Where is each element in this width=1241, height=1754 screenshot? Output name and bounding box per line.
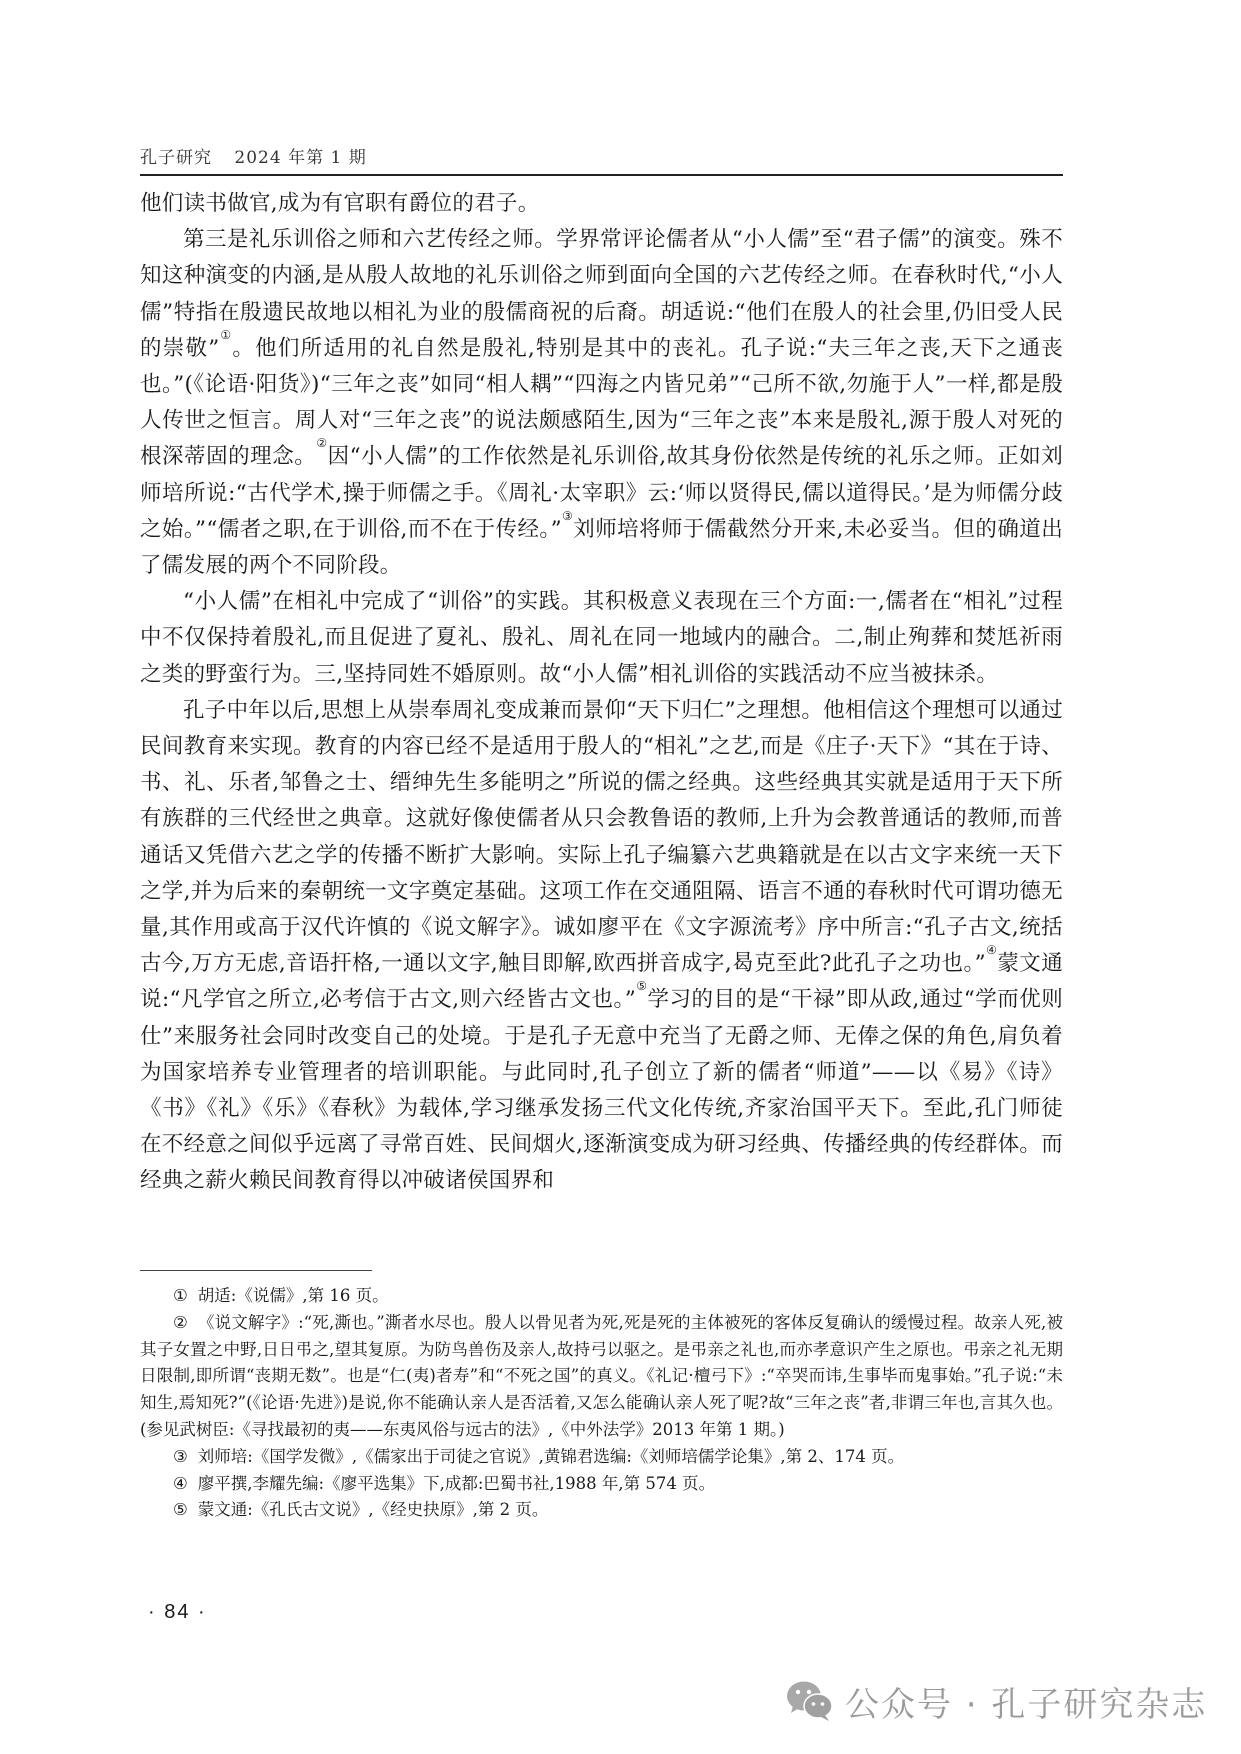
footnote-reference[interactable]: ① [220, 328, 233, 342]
body-paragraph: 他们读书做官,成为有官职有爵位的君子。 [140, 186, 1063, 222]
running-header: 孔子研究 2024 年第 1 期 [140, 146, 1063, 176]
footnote-reference[interactable]: ⑤ [636, 979, 647, 993]
issue-label: 2024 年第 1 期 [234, 148, 366, 168]
footnotes: ①胡适:《说儒》,第 16 页。②《说文解字》:“死,澌也。”澌者水尽也。殷人以… [140, 1283, 1063, 1524]
body-text-run: “小人儒”在相礼中完成了“训俗”的实践。其积极意义表现在三个方面:一,儒者在“相… [140, 589, 1063, 686]
footnote-separator [140, 1270, 372, 1271]
footnote-reference[interactable]: ③ [562, 509, 573, 523]
body-paragraph: 孔子中年以后,思想上从崇奉周礼变成兼而景仰“天下归仁”之理想。他相信这个理想可以… [140, 693, 1063, 1200]
footnote-item: ⑤蒙文通:《孔氏古文说》,《经史抉原》,第 2 页。 [140, 1497, 1063, 1524]
footnote-text: 廖平撰,李耀先编:《廖平选集》下,成都:巴蜀书社,1988 年,第 574 页。 [198, 1474, 715, 1493]
footnote-reference[interactable]: ② [316, 436, 327, 450]
body-text-run: 学习的目的是“干禄”即从政,通过“学而优则仕”来服务社会同时改变自己的处境。于是… [140, 987, 1063, 1193]
footnote-item: ①胡适:《说儒》,第 16 页。 [140, 1283, 1063, 1310]
footnote-reference[interactable]: ④ [986, 943, 997, 957]
body-text-run: 他们读书做官,成为有官职有爵位的君子。 [140, 191, 540, 216]
watermark-text: 公众号 · 孔子研究杂志 [845, 1677, 1207, 1726]
footnote-marker: ⑤ [173, 1497, 188, 1524]
footnote-marker: ③ [173, 1444, 188, 1471]
footnote-text: 蒙文通:《孔氏古文说》,《经史抉原》,第 2 页。 [198, 1500, 549, 1519]
article-body: 他们读书做官,成为有官职有爵位的君子。第三是礼乐训俗之师和六艺传经之师。学界常评… [140, 186, 1063, 1200]
footnote-text: 《说文解字》:“死,澌也。”澌者水尽也。殷人以骨见者为死,死是死的主体被死的客体… [140, 1313, 1063, 1439]
wechat-icon [785, 1679, 835, 1723]
footnote-marker: ① [173, 1283, 188, 1310]
page-number: · 84 · [148, 1600, 207, 1624]
journal-title: 孔子研究 [140, 148, 212, 168]
footnote-text: 胡适:《说儒》,第 16 页。 [198, 1286, 389, 1305]
body-paragraph: 第三是礼乐训俗之师和六艺传经之师。学界常评论儒者从“小人儒”至“君子儒”的演变。… [140, 222, 1063, 584]
body-paragraph: “小人儒”在相礼中完成了“训俗”的实践。其积极意义表现在三个方面:一,儒者在“相… [140, 584, 1063, 693]
body-text-run: 孔子中年以后,思想上从崇奉周礼变成兼而景仰“天下归仁”之理想。他相信这个理想可以… [140, 698, 1063, 976]
footnote-marker: ④ [173, 1471, 188, 1498]
wechat-watermark: 公众号 · 孔子研究杂志 [785, 1676, 1207, 1726]
footnote-item: ④廖平撰,李耀先编:《廖平选集》下,成都:巴蜀书社,1988 年,第 574 页… [140, 1471, 1063, 1498]
footnote-marker: ② [173, 1310, 188, 1337]
footnote-item: ②《说文解字》:“死,澌也。”澌者水尽也。殷人以骨见者为死,死是死的主体被死的客… [140, 1310, 1063, 1444]
footnote-text: 刘师培:《国学发微》,《儒家出于司徒之官说》,黄锦君选编:《刘师培儒学论集》,第… [198, 1447, 904, 1466]
footnote-item: ③刘师培:《国学发微》,《儒家出于司徒之官说》,黄锦君选编:《刘师培儒学论集》,… [140, 1444, 1063, 1471]
